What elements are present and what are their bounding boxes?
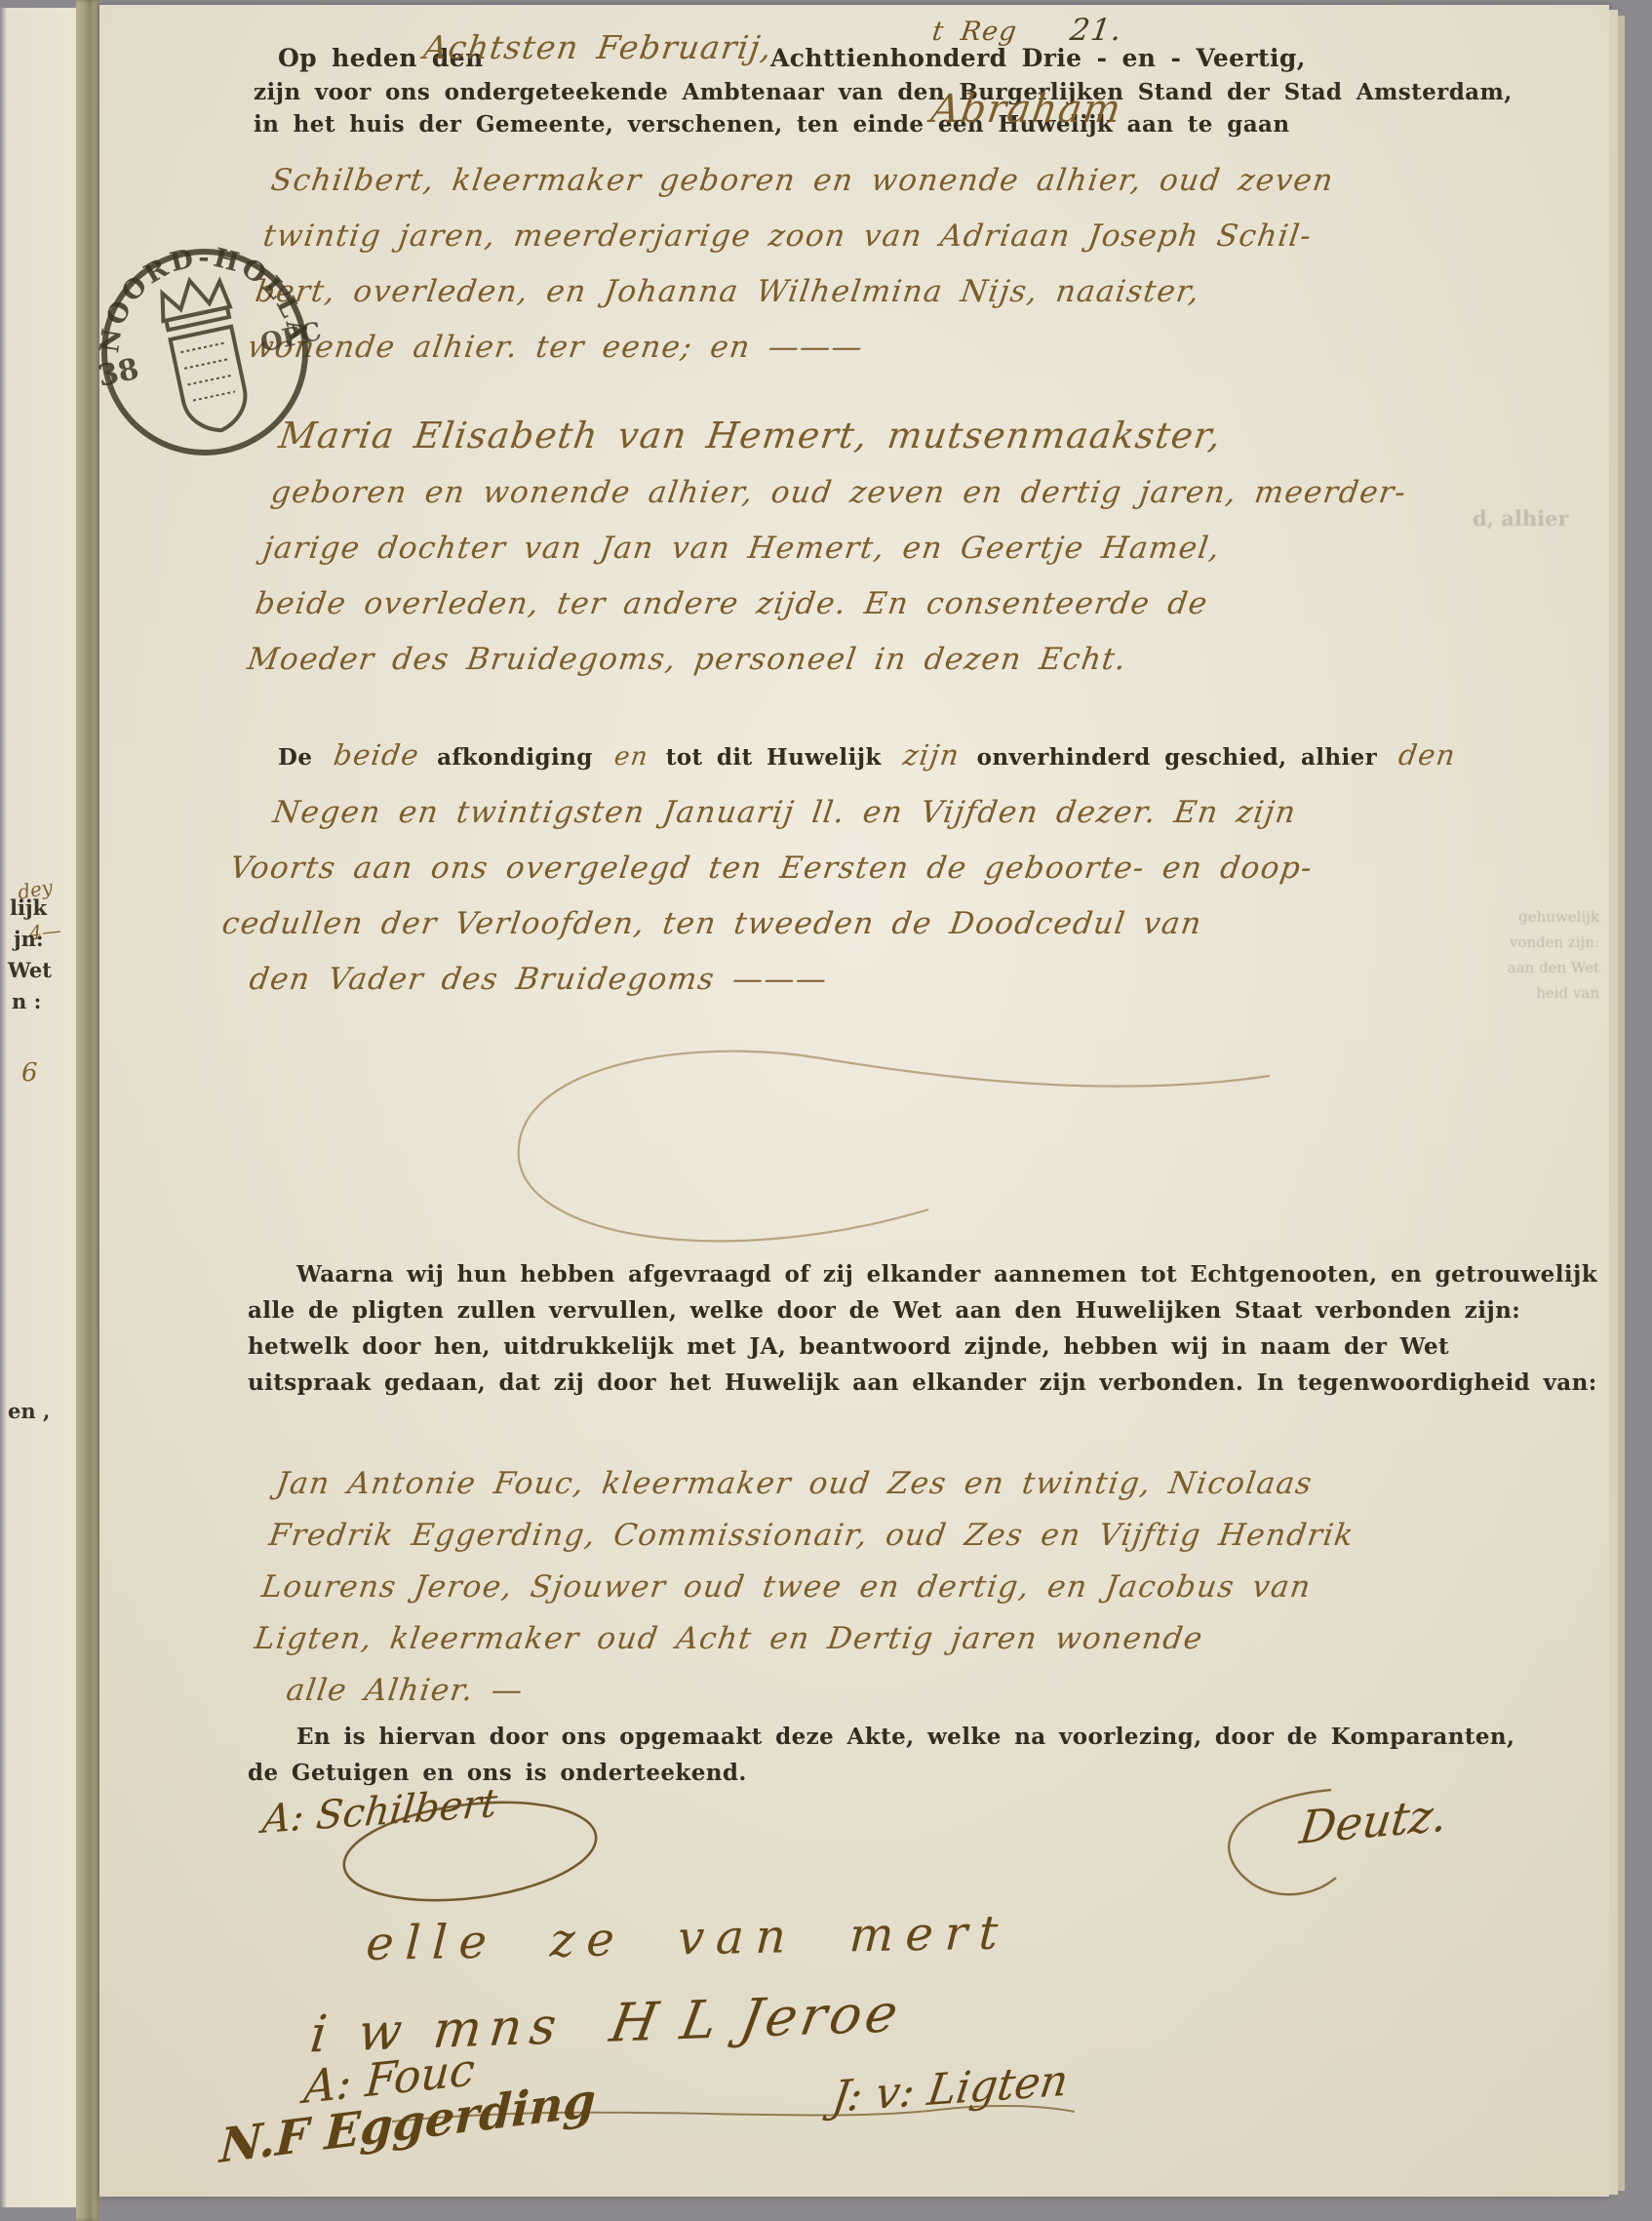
signature-jeroe: H L Jeroe: [606, 1982, 906, 2054]
bleed-fragment: d, alhier: [1473, 506, 1569, 531]
margin-fragment: n :: [12, 989, 41, 1013]
printed-word: De: [278, 744, 312, 771]
handwritten-line: alle Alhier. —: [244, 1665, 1336, 1717]
margin-fragment: 6: [21, 1058, 38, 1088]
page-number: 21.: [1068, 13, 1125, 48]
handwritten-line: Jan Antonie Fouc, kleermaker oud Zes en …: [273, 1458, 1365, 1510]
pen-flourish-curve: [382, 1029, 1279, 1292]
printed-word: afkondiging: [437, 744, 593, 771]
handwritten-line: geboren en wonende alhier, oud zeven en …: [267, 465, 1410, 521]
printed-line: Waarna wij hun hebben afgevraagd of zij …: [248, 1256, 1597, 1292]
handwritten-line: cedullen der Verloofden, ten tweeden de …: [218, 896, 1309, 952]
signature-bride-mark: elle ze van mert: [365, 1905, 1011, 1971]
witnesses-block: Jan Antonie Fouc, kleermaker oud Zes en …: [244, 1458, 1365, 1717]
bleed-fragment-column: gehuwelijk vonden zijn: aan den Wet heid…: [1502, 904, 1599, 1006]
printed-line: En is hiervan door ons opgemaakt deze Ak…: [248, 1719, 1514, 1755]
page-edge-strip: [1618, 16, 1625, 2191]
revenue-stamp: NOORD-HOLLAND. 38 OPC: [66, 214, 344, 492]
printed-word: tot dit Huwelijk: [666, 744, 882, 771]
handwritten-line: den Vader des Bruidegoms ———: [211, 952, 1301, 1008]
handwritten-line: Fredrik Eggerding, Commissionair, oud Ze…: [265, 1510, 1357, 1562]
handwritten-line: Schilbert, kleermaker geboren en wonende…: [267, 153, 1338, 209]
handwritten-line: Negen en twintigsten Januarij ll. en Vij…: [234, 785, 1324, 841]
handwritten-line: Ligten, kleermaker oud Acht en Dertig ja…: [251, 1613, 1343, 1665]
handwritten-line: wonende alhier. ter eene; en ———: [244, 320, 1315, 376]
printed-line-3: in het huis der Gemeente, verschenen, te…: [254, 111, 1289, 138]
groom-details-block: Schilbert, kleermaker geboren en wonende…: [244, 153, 1338, 376]
vows-paragraph: Waarna wij hun hebben afgevraagd of zij …: [248, 1256, 1597, 1401]
closing-paragraph: En is hiervan door ons opgemaakt deze Ak…: [248, 1719, 1514, 1791]
handwritten-groom-name: Abraham: [928, 87, 1124, 132]
bleed-fragment: vonden zijn:: [1502, 930, 1599, 955]
margin-fragment: jn:: [14, 927, 44, 951]
stamp-right-value: OPC: [257, 317, 324, 358]
handwritten-word: en: [612, 742, 650, 772]
stamp-shield-icon: [171, 327, 253, 437]
printed-word: onverhinderd geschied, alhier: [977, 744, 1378, 771]
handwritten-line: Maria Elisabeth van Hemert, mutsenmaakst…: [275, 407, 1419, 465]
handwritten-date: Achtsten Februarij,: [421, 28, 775, 66]
margin-fragment: en ,: [8, 1399, 50, 1423]
bride-details-block: Maria Elisabeth van Hemert, mutsenmaakst…: [244, 407, 1419, 688]
bleed-fragment: aan den Wet: [1502, 955, 1599, 980]
previous-page-edge: dey 4—: [0, 8, 76, 2207]
handwritten-word: zijn: [901, 738, 963, 772]
printed-line: hetwelk door hen, uitdrukkelijk met JA, …: [248, 1329, 1597, 1365]
handwritten-line: jarige dochter van Jan van Hemert, en Ge…: [259, 521, 1402, 576]
stamp-left-value: 38: [95, 352, 141, 394]
printed-year: Achttienhonderd Drie - en - Veertig,: [770, 44, 1306, 72]
banns-details-block: Negen en twintigsten Januarij ll. en Vij…: [211, 785, 1324, 1008]
margin-fragment: Wet: [8, 958, 52, 982]
signature-groom-flourish: [334, 1796, 607, 1908]
printed-line: uitspraak gedaan, dat zij door het Huwel…: [248, 1365, 1597, 1401]
handwritten-line: Moeder des Bruidegoms, personeel in deze…: [244, 632, 1387, 688]
bleed-fragment: heid van: [1502, 980, 1599, 1006]
handwritten-word: den: [1396, 738, 1458, 772]
handwritten-line: Voorts aan ons overgelegd ten Eersten de…: [226, 841, 1317, 896]
handwritten-line: twintig jaren, meerderjarige zoon van Ad…: [259, 209, 1330, 264]
registry-note: t Reg: [930, 17, 1019, 47]
printed-line-2: zijn voor ons ondergeteekende Ambtenaar …: [254, 79, 1513, 105]
handwritten-line: bert, overleden, en Johanna Wilhelmina N…: [252, 264, 1322, 320]
handwritten-line: Lourens Jeroe, Sjouwer oud twee en derti…: [258, 1562, 1351, 1613]
margin-fragment: lijk: [10, 895, 47, 920]
handwritten-word: beide: [332, 738, 422, 772]
handwritten-line: beide overleden, ter andere zijde. En co…: [252, 576, 1395, 632]
document-page: t Reg 21. Op heden den Achtsten Februari…: [99, 5, 1609, 2197]
bleed-fragment: gehuwelijk: [1502, 904, 1599, 930]
printed-line: alle de pligten zullen vervullen, welke …: [248, 1292, 1597, 1329]
page-edge-strip: [1609, 10, 1618, 2195]
banns-line: De beide afkondiging en tot dit Huwelijk…: [278, 738, 1454, 772]
